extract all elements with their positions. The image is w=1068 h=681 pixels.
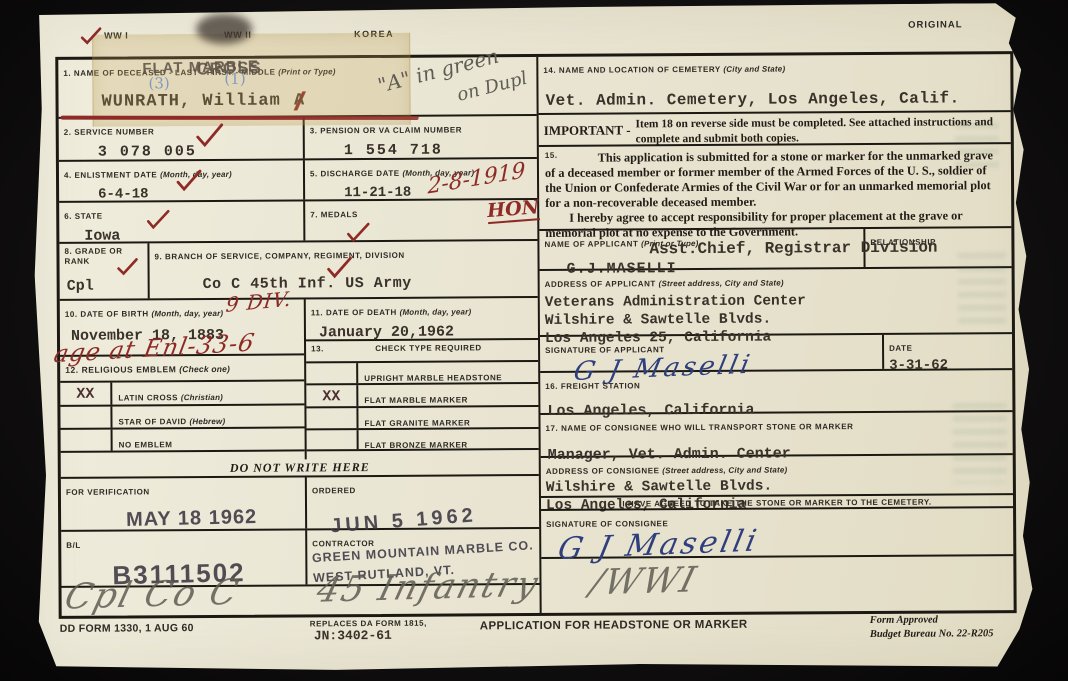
headstone-application-form: 1. NAME OF DECEASED - LAST - FIRST - MID… [55, 51, 1016, 619]
emblem-row-no-emblem: NO EMBLEM [61, 428, 305, 452]
check-type-label: CHECK TYPE REQUIRED [375, 343, 482, 358]
field-date: DATE 3-31-62 [882, 334, 1012, 369]
verification-date-stamp: MAY 18 1962 [126, 505, 300, 532]
religious-emblem-label: 12. RELIGIOUS EMBLEM [65, 364, 176, 375]
discharge-date-value: 11-21-18 [344, 184, 532, 201]
field-state: 6. STATE Iowa [59, 201, 305, 242]
form-right-column: 14. NAME AND LOCATION OF CEMETERY (City … [538, 54, 1013, 613]
enlistment-date-value: 6-4-18 [98, 185, 298, 202]
medals-label: 7. MEDALS [310, 210, 358, 219]
ordered-label: ORDERED [312, 486, 356, 495]
type-row-flat-marble: XX FLAT MARBLE MARKER FLAT MARBLE [306, 384, 538, 408]
field-branch-of-service: 9. BRANCH OF SERVICE, COMPANY, REGIMENT,… [149, 241, 537, 298]
bleed-through [957, 253, 1005, 323]
service-number-value: 3 078 005 [98, 142, 298, 160]
consignee-address-label: ADDRESS OF CONSIGNEE [546, 466, 660, 476]
type-row-flat-granite: FLAT GRANITE MARKER [306, 407, 538, 430]
grade-rank-value: Cpl [67, 278, 143, 295]
field-certification: 15. This application is submitted for a … [539, 144, 1012, 231]
cemetery-value: Vet. Admin. Cemetery, Los Angeles, Calif… [545, 89, 1005, 110]
applicant-address-label: ADDRESS OF APPLICANT [545, 279, 656, 289]
religious-emblem-header: 12. RELIGIOUS EMBLEM (Check one) [60, 355, 304, 382]
margin-number: 330 [14, 87, 38, 133]
birth-date-note: (Month, day, year) [151, 309, 223, 318]
freight-station-label: 16. FREIGHT STATION [545, 381, 640, 391]
form-id: DD FORM 1330, 1 AUG 60 [60, 622, 194, 635]
birth-date-label: 10. DATE OF BIRTH [65, 309, 149, 319]
field-consignee-address: ADDRESS OF CONSIGNEE (Street address, Ci… [541, 455, 1013, 498]
state-label: 6. STATE [64, 212, 102, 221]
enlistment-date-label: 4. ENLISTMENT DATE [64, 170, 157, 180]
form-title: APPLICATION FOR HEADSTONE OR MARKER [480, 619, 748, 634]
field-medals: 7. MEDALS [305, 200, 537, 240]
bl-label: B/L [66, 541, 81, 550]
date-label: DATE [889, 344, 912, 353]
check-type-header: 13. CHECK TYPE REQUIRED [306, 340, 538, 363]
important-label: IMPORTANT - [544, 117, 631, 139]
religious-emblem-note: (Check one) [179, 364, 230, 374]
death-date-note: (Month, day, year) [400, 307, 472, 316]
cemetery-label: 14. NAME AND LOCATION OF CEMETERY [543, 65, 720, 75]
jn-number: JN:3402-61 [314, 628, 392, 643]
birth-date-value: November 18, 1883 [71, 326, 299, 344]
branch-value: Co C 45th Inf. US Army [203, 274, 533, 293]
copy-type-label: ORIGINAL [908, 19, 963, 31]
field-consignee-name: 17. NAME OF CONSIGNEE WHO WILL TRANSPORT… [540, 412, 1012, 458]
tape-patch [92, 33, 411, 127]
type-row-upright-marble: UPRIGHT MARBLE HEADSTONE [306, 362, 538, 385]
discharge-date-note: (Month, day, year) [402, 168, 474, 177]
verification-label: FOR VERIFICATION [66, 487, 150, 497]
bleed-through [952, 403, 1006, 483]
field-for-verification: FOR VERIFICATION MAY 18 1962 [61, 477, 307, 530]
important-note: IMPORTANT - Item 18 on reverse side must… [539, 112, 1011, 147]
field-freight-station: 16. FREIGHT STATION Los Angeles, Califor… [540, 370, 1012, 415]
certification-para1: This application is submitted for a ston… [545, 148, 1003, 211]
bl-number-stamp: B3111502 [112, 556, 301, 591]
field-date-of-death: 11. DATE OF DEATH (Month, day, year) Jan… [306, 298, 538, 341]
enlistment-date-note: (Month, day, year) [160, 170, 232, 179]
flat-marble-mark: XX [306, 385, 358, 406]
emblem-row-latin-cross: XX LATIN CROSS (Christian) CROSS [60, 381, 304, 406]
branch-label: 9. BRANCH OF SERVICE, COMPANY, REGIMENT,… [154, 251, 404, 262]
field-date-of-birth: 10. DATE OF BIRTH (Month, day, year) Nov… [60, 299, 304, 356]
budget-bureau-note: Form Approved Budget Bureau No. 22-R205 [870, 613, 994, 642]
field-discharge-date: 5. DISCHARGE DATE (Month, day, year) 11-… [305, 159, 537, 199]
death-date-value: January 20,1962 [319, 323, 533, 341]
form-left-column: 1. NAME OF DECEASED - LAST - FIRST - MID… [58, 57, 541, 616]
emblem-row-star-of-david: STAR OF DAVID (Hebrew) [60, 405, 304, 429]
grade-rank-label: 8. GRADE OR RANK [64, 247, 126, 267]
cemetery-note: (City and State) [723, 64, 785, 73]
field-enlistment-date: 4. ENLISTMENT DATE (Month, day, year) 6-… [59, 160, 305, 201]
blank-area [541, 556, 1013, 613]
field-consignee-signature: SIGNATURE OF CONSIGNEE G J Maselli [541, 508, 1013, 559]
consignee-name-label: 17. NAME OF CONSIGNEE WHO WILL TRANSPORT… [546, 422, 854, 433]
relationship-label: RELATIONSHIP [870, 238, 936, 247]
service-number-label: 2. SERVICE NUMBER [64, 127, 155, 137]
bleed-through [955, 123, 999, 173]
field-cemetery: 14. NAME AND LOCATION OF CEMETERY (City … [538, 54, 1010, 115]
field-applicant-signature: SIGNATURE OF APPLICANT G J Maselli [540, 335, 882, 371]
death-date-label: 11. DATE OF DEATH [311, 308, 397, 318]
field-ordered: ORDERED JUN 5 1962 [307, 476, 539, 528]
field-applicant-name: NAME OF APPLICANT (Print or Type) G.J.MA… [539, 229, 863, 269]
field-contractor: CONTRACTOR GREEN MOUNTAIN MARBLE CO. WES… [307, 529, 539, 584]
important-text: Item 18 on reverse side must be complete… [630, 115, 1005, 147]
field-bl: B/L B3111502 [61, 530, 307, 586]
claim-number-value: 1 554 718 [344, 141, 532, 159]
applicant-name-label: NAME OF APPLICANT [544, 239, 638, 249]
latin-cross-mark: XX [60, 383, 112, 405]
discharge-date-label: 5. DISCHARGE DATE [310, 169, 400, 179]
claim-number-label: 3. PENSION OR VA CLAIM NUMBER [310, 125, 462, 135]
type-row-flat-bronze: FLAT BRONZE MARKER [307, 429, 539, 451]
field-applicant-address: ADDRESS OF APPLICANT (Street address, Ci… [540, 268, 1012, 337]
scanned-form-paper: WW I WW II KOREA ORIGINAL 1. NAME OF DEC… [28, 3, 1044, 675]
field-grade-rank: 8. GRADE OR RANK Cpl [59, 243, 149, 299]
